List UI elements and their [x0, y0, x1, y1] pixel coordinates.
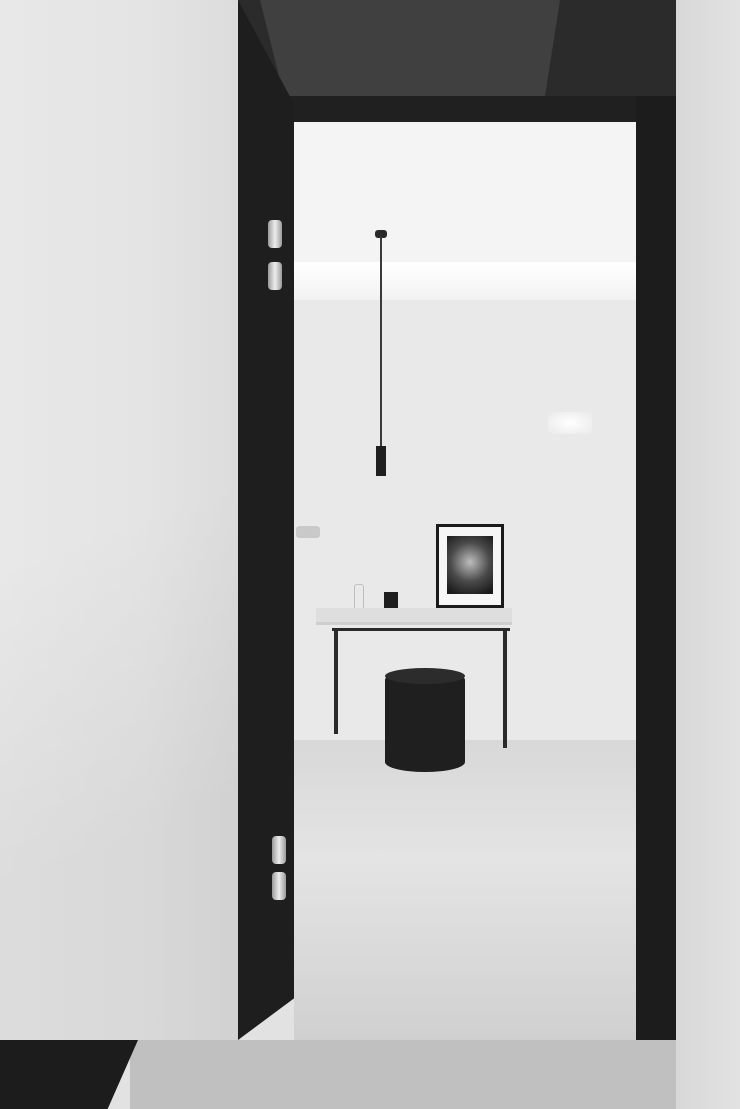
hinge-icon — [272, 836, 286, 864]
photo-image — [447, 536, 493, 594]
wall-light-spot — [548, 412, 592, 434]
desk-frame — [332, 628, 510, 631]
desk-leg — [503, 630, 507, 748]
stool — [385, 670, 465, 772]
hinge-icon — [268, 220, 282, 248]
door-frame-right — [636, 96, 676, 1040]
door-frame-top — [268, 96, 670, 122]
hinge-icon — [272, 872, 286, 900]
wall-shadow — [0, 320, 240, 1040]
room-floor — [294, 740, 636, 1040]
hallway-floor — [130, 1040, 690, 1109]
pendant-wire — [380, 236, 382, 448]
hinge-icon — [268, 262, 282, 290]
desk-top — [316, 608, 512, 625]
ceiling-light-patch — [260, 0, 560, 96]
doormat — [0, 1040, 138, 1109]
pendant-lamp-icon — [376, 446, 386, 476]
room-back-wall — [294, 300, 636, 740]
glass-vase — [354, 584, 364, 610]
hallway-wall-right — [676, 0, 740, 1109]
desk-leg — [334, 630, 338, 734]
desk-clock — [384, 592, 398, 608]
stool-top — [385, 668, 465, 684]
door-latch — [296, 526, 320, 538]
